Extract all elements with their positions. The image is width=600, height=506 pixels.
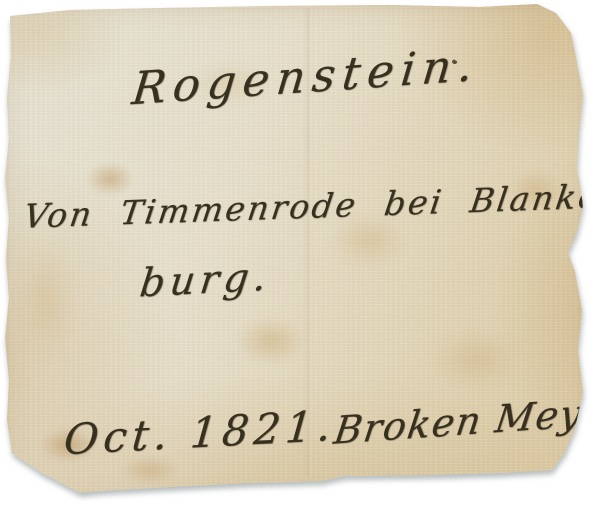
handwritten-title: Rogenstein. (130, 38, 483, 116)
foxing-stain (40, 428, 96, 462)
handwritten-provenance-line2: burg. (137, 254, 273, 306)
ink-speck (451, 59, 457, 65)
paper-sheet: Rogenstein. Von Timmenrode bei Blanken- … (0, 0, 600, 506)
scanned-document-page: Rogenstein. Von Timmenrode bei Blanken- … (0, 0, 600, 506)
foxing-stain (120, 456, 180, 484)
foxing-stain (86, 162, 134, 196)
handwritten-signature: Broken Meyer. (331, 387, 600, 453)
foxing-stain (190, 64, 270, 104)
vertical-fold-crease (306, 8, 312, 476)
foxing-stain (330, 214, 408, 268)
handwritten-date: Oct. 1821. (62, 401, 338, 465)
foxing-stain (16, 240, 76, 360)
foxing-stain (430, 330, 520, 390)
foxing-stain (508, 170, 562, 210)
foxing-stain (236, 318, 306, 364)
paper-shadow-wrap: Rogenstein. Von Timmenrode bei Blanken- … (0, 0, 600, 506)
handwritten-provenance-line1: Von Timmenrode bei Blanken- (21, 175, 600, 236)
